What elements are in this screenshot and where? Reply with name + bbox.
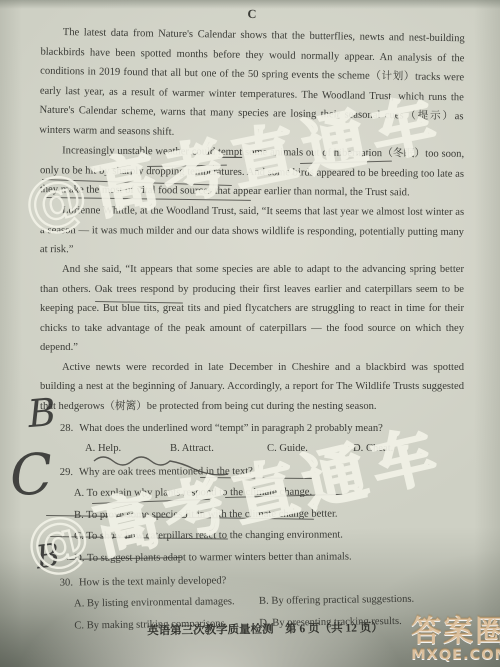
handwritten-answer-29: C bbox=[8, 447, 55, 506]
q29-option-b: B. To prove some species fit in with the… bbox=[40, 502, 464, 526]
paragraph-1: The latest data from Nature's Calendar s… bbox=[39, 23, 465, 147]
q28-option-d: D. Cheat. bbox=[353, 439, 393, 459]
question-30-text: How is the text mainly developed? bbox=[79, 575, 227, 588]
paragraph-3: Lorienne Whittle, at the Woodland Trust,… bbox=[40, 201, 464, 261]
question-29-number: 29. bbox=[60, 467, 73, 478]
paragraph-2: Increasingly unstable weather could temp… bbox=[40, 141, 464, 203]
exam-page: C The latest data from Nature's Calendar… bbox=[40, 6, 464, 634]
question-28-number: 28. bbox=[60, 423, 73, 434]
question-29-options: A. To explain why plants respond to the … bbox=[40, 481, 464, 569]
paragraph-1-text: The latest data from Nature's Calendar s… bbox=[39, 27, 465, 137]
q30-option-b: B. By offering practical suggestions. bbox=[259, 588, 464, 612]
paragraph-2-text-before: Increasingly unstable weather could bbox=[62, 145, 218, 157]
pen-wavy-underline bbox=[92, 452, 260, 476]
corner-watermark-site: MXQE.COM bbox=[411, 648, 500, 663]
corner-watermark-brand: 答案圈 bbox=[411, 616, 500, 648]
question-30-number: 30. bbox=[60, 577, 73, 588]
handwritten-answer-30: B bbox=[34, 539, 62, 574]
q29-option-a: A. To explain why plants respond to the … bbox=[40, 481, 464, 505]
paragraph-5-text: Active newts were recorded in late Decem… bbox=[40, 362, 464, 412]
paragraph-3-text: Lorienne Whittle, at the Woodland Trust,… bbox=[40, 205, 464, 255]
q30-option-a: A. By listing environmental damages. bbox=[74, 591, 259, 615]
corner-watermark: 答案圈 MXQE.COM bbox=[411, 616, 500, 663]
paragraph-4-text: And she said, “It appears that some spec… bbox=[40, 264, 464, 353]
question-28-text: What does the underlined word “tempt” in… bbox=[79, 423, 383, 434]
underlined-word-tempt: tempt bbox=[218, 147, 242, 158]
q29-option-d: D. To suggest plants adapt to warmer win… bbox=[40, 545, 464, 569]
paragraph-4: And she said, “It appears that some spec… bbox=[40, 260, 464, 358]
q29-option-c: C. To show how caterpillars react to the… bbox=[40, 524, 464, 548]
handwritten-answer-28: B bbox=[26, 393, 57, 433]
exam-paper-photo: C The latest data from Nature's Calendar… bbox=[0, 0, 500, 667]
question-28-stem: 28.What does the underlined word “tempt”… bbox=[40, 419, 464, 439]
q28-option-c: C. Guide. bbox=[267, 439, 353, 459]
paragraph-5: Active newts were recorded in late Decem… bbox=[40, 358, 464, 417]
